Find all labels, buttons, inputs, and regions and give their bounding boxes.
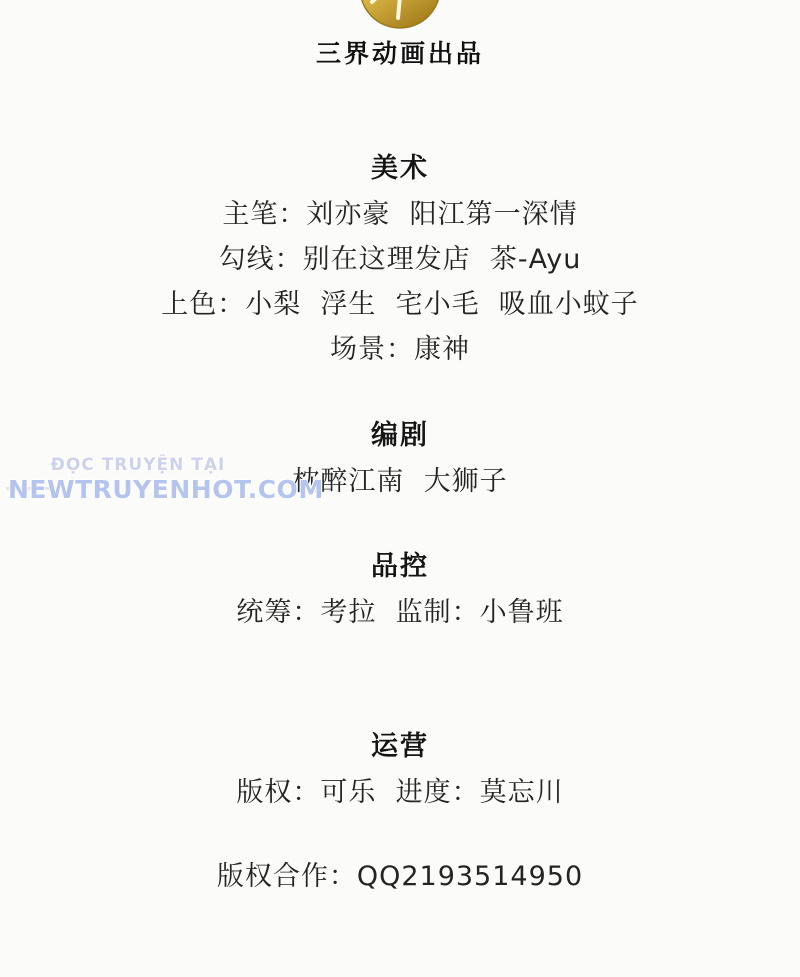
credit-line-coordination: 统筹：考拉 监制：小鲁班 [0, 590, 800, 629]
copyright-cooperation-line: 版权合作：QQ2193514950 [0, 854, 800, 893]
credit-line-copyright-progress: 版权：可乐 进度：莫忘川 [0, 770, 800, 809]
gold-circle-emblem-icon [358, 0, 442, 30]
section-title-screenwriting: 编剧 [0, 413, 800, 452]
section-title-quality-control: 品控 [0, 544, 800, 583]
section-title-operations: 运营 [0, 724, 800, 763]
credit-line-writers: 枕醉江南 大狮子 [0, 459, 800, 498]
credit-line-lead-artist: 主笔：刘亦豪 阳江第一深情 [0, 192, 800, 231]
credit-line-coloring: 上色：小梨 浮生 宅小毛 吸血小蚊子 [0, 282, 800, 321]
credit-line-inking: 勾线：别在这理发店 茶-Ayu [0, 237, 800, 276]
credits-page: 三界动画出品 美术 主笔：刘亦豪 阳江第一深情 勾线：别在这理发店 茶-Ayu … [0, 0, 800, 977]
studio-logo [358, 0, 442, 30]
watermark-smudge [6, 487, 58, 490]
section-title-art: 美术 [0, 146, 800, 185]
studio-title: 三界动画出品 [0, 34, 800, 70]
credit-line-scenery: 场景：康神 [0, 327, 800, 366]
